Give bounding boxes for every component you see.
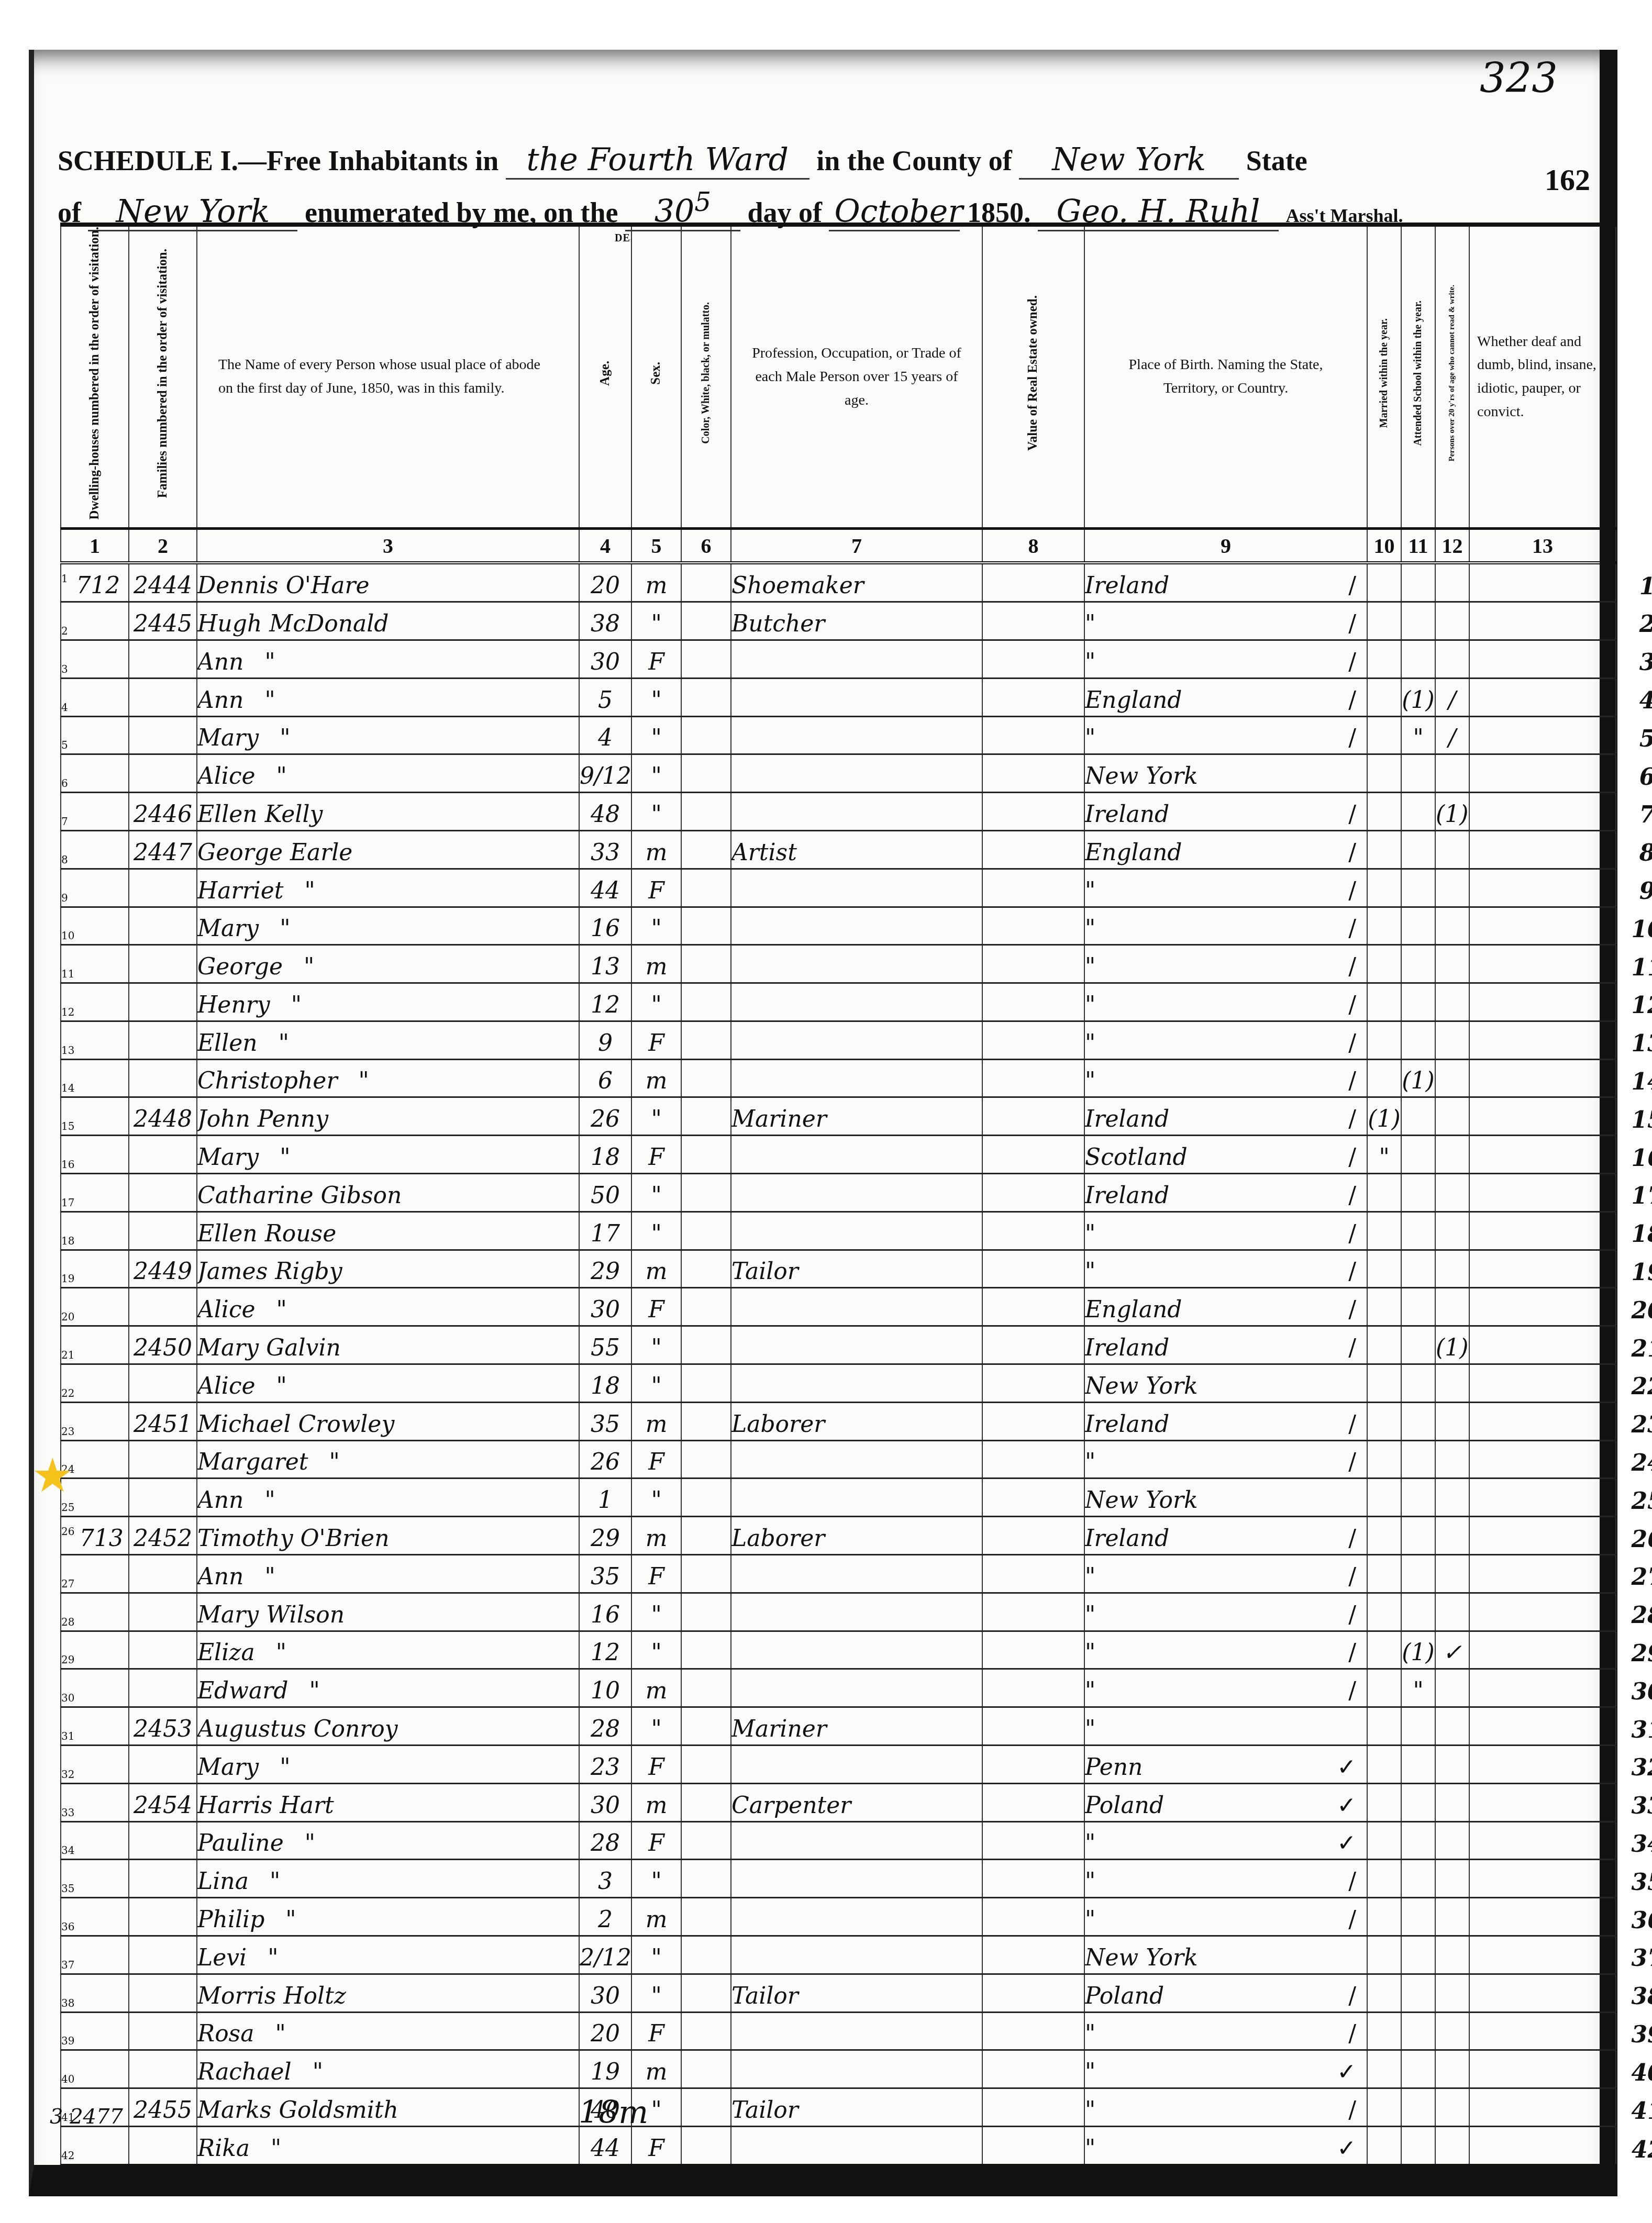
birthplace: England/ (1084, 678, 1367, 716)
family-number (129, 1974, 197, 2012)
family-number (129, 1860, 197, 1898)
real-estate-value (982, 869, 1084, 907)
person-name: Margaret" (197, 1440, 579, 1479)
attended-school (1401, 1860, 1435, 1898)
married-within-year (1367, 678, 1401, 716)
table-row: 4Ann"5"England/(1)/4 (61, 678, 1652, 716)
birthplace: Scotland/ (1084, 1136, 1367, 1174)
line-number: 5 (1616, 716, 1652, 754)
family-number (129, 907, 197, 945)
cannot-read-write (1435, 1059, 1469, 1097)
line-margin-number: 11 (61, 968, 74, 980)
person-name: James Rigby (197, 1250, 579, 1288)
real-estate-value (982, 678, 1084, 716)
birthplace: "/ (1084, 640, 1367, 678)
occupation: Mariner (731, 1707, 982, 1746)
tally-tick: / (1348, 915, 1356, 942)
infirmity (1469, 2088, 1616, 2127)
family-number: 2455 (129, 2088, 197, 2127)
line-margin-number: 42 (61, 2149, 74, 2162)
line-number: 16 (1616, 1136, 1652, 1174)
tally-tick: / (1348, 953, 1356, 980)
cannot-read-write (1435, 563, 1469, 602)
occupation (731, 1059, 982, 1097)
col-header-occupation: Profession, Occupation, or Trade of each… (731, 225, 982, 529)
infirmity (1469, 640, 1616, 678)
infirmity (1469, 1059, 1616, 1097)
married-within-year: " (1367, 1136, 1401, 1174)
tally-tick: / (1348, 1677, 1356, 1704)
sex: F (631, 869, 681, 907)
occupation: Butcher (731, 602, 982, 640)
attended-school (1401, 1707, 1435, 1746)
surname-ditto: " (264, 1487, 275, 1514)
table-row: 27Ann"35F"/27 (61, 1555, 1652, 1593)
color (681, 1974, 731, 2012)
color (681, 1707, 731, 1746)
sex: m (631, 945, 681, 983)
table-row: 24Margaret"26F"/24 (61, 1440, 1652, 1479)
family-number: 2454 (129, 1783, 197, 1821)
attended-school (1401, 907, 1435, 945)
married-within-year (1367, 1517, 1401, 1555)
line-number: 21 (1616, 1326, 1652, 1364)
line-margin-number: 12 (61, 1006, 74, 1018)
col-header-name: The Name of every Person whose usual pla… (197, 225, 579, 529)
sex: " (631, 1593, 681, 1631)
infirmity (1469, 2050, 1616, 2088)
family-number (129, 945, 197, 983)
line-number: 18 (1616, 1211, 1652, 1250)
birthplace: "/ (1084, 1059, 1367, 1097)
cannot-read-write (1435, 1136, 1469, 1174)
age: 30 (579, 1783, 631, 1821)
birthplace: "/ (1084, 1250, 1367, 1288)
sex: " (631, 1974, 681, 2012)
tally-tick: / (1348, 1144, 1356, 1171)
cannot-read-write: / (1435, 716, 1469, 754)
footer-tally-note: 18m (579, 2094, 648, 2131)
sex: F (631, 1821, 681, 1860)
attended-school (1401, 754, 1435, 793)
infirmity (1469, 907, 1616, 945)
occupation (731, 1898, 982, 1936)
person-name: Lina" (197, 1860, 579, 1898)
birthplace: "/ (1084, 1898, 1367, 1936)
cannot-read-write: (1)✓ (1435, 793, 1469, 831)
schedule-label: SCHEDULE I.—Free Inhabitants in (58, 145, 498, 176)
cannot-read-write (1435, 1821, 1469, 1860)
age: 23 (579, 1746, 631, 1784)
family-number: 2445 (129, 602, 197, 640)
cannot-read-write (1435, 869, 1469, 907)
attended-school (1401, 1211, 1435, 1250)
infirmity (1469, 1783, 1616, 1821)
person-name: Mary Galvin (197, 1326, 579, 1364)
sex: m (631, 1669, 681, 1707)
color (681, 983, 731, 1021)
table-row: 152448John Penny26"MarinerIreland/(1)15 (61, 1097, 1652, 1136)
married-within-year (1367, 869, 1401, 907)
tally-tick: / (1348, 1602, 1356, 1628)
color (681, 1288, 731, 1326)
attended-school (1401, 563, 1435, 602)
dwelling-number: 39 (61, 2012, 129, 2050)
age: 10 (579, 1669, 631, 1707)
col-header-school: Attended School within the year. (1401, 225, 1435, 529)
married-within-year (1367, 716, 1401, 754)
sex: F (631, 1021, 681, 1059)
dwelling-number: 27 (61, 1555, 129, 1593)
person-name: Timothy O'Brien (197, 1517, 579, 1555)
tally-tick: / (1348, 992, 1356, 1018)
birthplace: "/ (1084, 1555, 1367, 1593)
line-number: 22 (1616, 1364, 1652, 1403)
occupation (731, 678, 982, 716)
sex: m (631, 1783, 681, 1821)
attended-school: " (1401, 1669, 1435, 1707)
cannot-read-write (1435, 1936, 1469, 1974)
occupation (731, 1631, 982, 1669)
age: 12 (579, 1631, 631, 1669)
sex: " (631, 1326, 681, 1364)
attended-school (1401, 869, 1435, 907)
infirmity (1469, 1936, 1616, 1974)
table-row: 267132452Timothy O'Brien29mLaborerIrelan… (61, 1517, 1652, 1555)
sex: m (631, 2050, 681, 2088)
family-number (129, 1364, 197, 1403)
dwelling-number: 16 (61, 1136, 129, 1174)
col-header-age: DESCRIPTION.Age. (579, 225, 631, 529)
real-estate-value (982, 1211, 1084, 1250)
dwelling-number: 13 (61, 1021, 129, 1059)
cannot-read-write (1435, 1783, 1469, 1821)
sex: " (631, 1097, 681, 1136)
occupation (731, 1211, 982, 1250)
sex: " (631, 1364, 681, 1403)
occupation (731, 1669, 982, 1707)
line-number: 39 (1616, 2012, 1652, 2050)
sex: F (631, 1440, 681, 1479)
line-number: 6 (1616, 754, 1652, 793)
birthplace: England/ (1084, 830, 1367, 869)
col-num: 5 (631, 529, 681, 563)
infirmity (1469, 1021, 1616, 1059)
real-estate-value (982, 2012, 1084, 2050)
table-row: 29Eliza"12""/(1)✓29 (61, 1631, 1652, 1669)
line-number: 17 (1616, 1174, 1652, 1212)
color (681, 1211, 731, 1250)
surname-ditto: " (358, 1068, 369, 1094)
birthplace: "✓ (1084, 1821, 1367, 1860)
birthplace: "/ (1084, 716, 1367, 754)
table-row: 32Mary"23FPenn✓32 (61, 1746, 1652, 1784)
attended-school (1401, 1364, 1435, 1403)
age: 35 (579, 1555, 631, 1593)
married-within-year (1367, 1479, 1401, 1517)
attended-school (1401, 1746, 1435, 1784)
attended-school (1401, 1821, 1435, 1860)
surname-ditto: " (313, 2059, 323, 2085)
infirmity (1469, 754, 1616, 793)
col-header-birthplace: Place of Birth. Naming the State, Territ… (1084, 225, 1367, 529)
family-number (129, 1174, 197, 1212)
age: 20 (579, 563, 631, 602)
dwelling-number: 8 (61, 830, 129, 869)
dwelling-number: 7 (61, 793, 129, 831)
person-name: Morris Holtz (197, 1974, 579, 2012)
married-within-year (1367, 1326, 1401, 1364)
married-within-year (1367, 1898, 1401, 1936)
birthplace: "/ (1084, 1669, 1367, 1707)
person-name: Ann" (197, 1555, 579, 1593)
person-name: Michael Crowley (197, 1402, 579, 1440)
description-group-label: DESCRIPTION. (580, 230, 631, 247)
dwelling-number: 38 (61, 1974, 129, 2012)
occupation (731, 983, 982, 1021)
surname-ditto: " (279, 1030, 289, 1057)
color (681, 1097, 731, 1136)
birthplace: "/ (1084, 1211, 1367, 1250)
age: 2 (579, 1898, 631, 1936)
col-header-cannot-read: Persons over 20 y'rs of age who cannot r… (1435, 225, 1469, 529)
age: 16 (579, 1593, 631, 1631)
line-margin-number: 23 (61, 1425, 74, 1438)
dwelling-number: 40 (61, 2050, 129, 2088)
occupation: Shoemaker (731, 563, 982, 602)
infirmity (1469, 563, 1616, 602)
tally-tick: / (1348, 1411, 1356, 1438)
line-number: 15 (1616, 1097, 1652, 1136)
birthplace: New York (1084, 754, 1367, 793)
infirmity (1469, 1097, 1616, 1136)
col-num: 9 (1084, 529, 1367, 563)
birthplace: "/ (1084, 602, 1367, 640)
married-within-year (1367, 1631, 1401, 1669)
real-estate-value (982, 1479, 1084, 1517)
cannot-read-write (1435, 2050, 1469, 2088)
line-margin-number: 32 (61, 1768, 74, 1781)
cannot-read-write (1435, 1021, 1469, 1059)
line-margin-number: 30 (61, 1692, 74, 1704)
dwelling-number: 18 (61, 1211, 129, 1250)
col-header-real-estate: Value of Real Estate owned. (982, 225, 1084, 529)
birthplace: New York (1084, 1936, 1367, 1974)
attended-school (1401, 2127, 1435, 2165)
line-number: 37 (1616, 1936, 1652, 1974)
person-name: Edward" (197, 1669, 579, 1707)
sex: " (631, 602, 681, 640)
line-number: 38 (1616, 1974, 1652, 2012)
line-number: 33 (1616, 1783, 1652, 1821)
table-row: 22Alice"18"New York22 (61, 1364, 1652, 1403)
family-number (129, 1555, 197, 1593)
color (681, 793, 731, 831)
col-num: 4 (579, 529, 631, 563)
family-number: 2444 (129, 563, 197, 602)
infirmity (1469, 1250, 1616, 1288)
age: 16 (579, 907, 631, 945)
line-number: 2 (1616, 602, 1652, 640)
line-margin-number: 7 (61, 815, 68, 828)
line-margin-number: 1 (61, 572, 68, 585)
infirmity (1469, 1746, 1616, 1784)
person-name: Philip" (197, 1898, 579, 1936)
surname-ditto: " (305, 1830, 315, 1857)
surname-ditto: " (329, 1449, 339, 1475)
person-name: Alice" (197, 754, 579, 793)
line-number: 7 (1616, 793, 1652, 831)
real-estate-value (982, 793, 1084, 831)
col-num: 3 (197, 529, 579, 563)
birthplace: "/ (1084, 2088, 1367, 2127)
married-within-year: (1) (1367, 1097, 1401, 1136)
real-estate-value (982, 907, 1084, 945)
infirmity (1469, 830, 1616, 869)
infirmity (1469, 716, 1616, 754)
married-within-year (1367, 1555, 1401, 1593)
cannot-read-write (1435, 602, 1469, 640)
occupation: Tailor (731, 2088, 982, 2127)
sex: " (631, 1211, 681, 1250)
sex: F (631, 1288, 681, 1326)
sex: " (631, 678, 681, 716)
married-within-year (1367, 1593, 1401, 1631)
attended-school (1401, 1440, 1435, 1479)
dwelling-number: 23 (61, 1402, 129, 1440)
occupation (731, 1174, 982, 1212)
infirmity (1469, 1440, 1616, 1479)
occupation (731, 2050, 982, 2088)
line-number: 25 (1616, 1479, 1652, 1517)
surname-ditto: " (280, 1754, 290, 1781)
infirmity (1469, 1707, 1616, 1746)
real-estate-value (982, 1174, 1084, 1212)
family-number (129, 1059, 197, 1097)
line-number: 28 (1616, 1593, 1652, 1631)
tally-tick: / (1348, 1639, 1356, 1666)
occupation: Laborer (731, 1402, 982, 1440)
table-row: 11George"13m"/11 (61, 945, 1652, 983)
tally-tick: / (1348, 649, 1356, 675)
real-estate-value (982, 1402, 1084, 1440)
line-margin-number: 21 (61, 1349, 74, 1361)
real-estate-value (982, 1707, 1084, 1746)
line-number: 41 (1616, 2088, 1652, 2127)
person-name: Mary" (197, 716, 579, 754)
line-margin-number: 25 (61, 1501, 74, 1514)
cannot-read-write (1435, 1974, 1469, 2012)
age: 44 (579, 2127, 631, 2165)
cannot-read-write: / (1435, 678, 1469, 716)
table-row: 37Levi"2/12"New York37 (61, 1936, 1652, 1974)
attended-school (1401, 1783, 1435, 1821)
attended-school (1401, 1517, 1435, 1555)
dwelling-number: 15 (61, 1097, 129, 1136)
sex: F (631, 640, 681, 678)
line-number: 29 (1616, 1631, 1652, 1669)
tally-tick: / (1348, 1563, 1356, 1590)
real-estate-value (982, 1136, 1084, 1174)
col-header-infirmity: Whether deaf and dumb, blind, insane, id… (1469, 225, 1616, 529)
table-row: 18Ellen Rouse17""/18 (61, 1211, 1652, 1250)
sex: m (631, 563, 681, 602)
dwelling-number: 35 (61, 1860, 129, 1898)
census-rows: 17122444Dennis O'Hare20mShoemakerIreland… (61, 563, 1652, 2165)
sheet-number: 162 (1545, 162, 1590, 197)
birthplace: "/ (1084, 869, 1367, 907)
family-number (129, 2127, 197, 2165)
attended-school (1401, 2088, 1435, 2127)
attended-school (1401, 1326, 1435, 1364)
col-num: 2 (129, 529, 197, 563)
infirmity (1469, 793, 1616, 831)
age: 3 (579, 1860, 631, 1898)
person-name: Ellen Rouse (197, 1211, 579, 1250)
cannot-read-write (1435, 1746, 1469, 1784)
infirmity (1469, 1326, 1616, 1364)
infirmity (1469, 1211, 1616, 1250)
married-within-year (1367, 1250, 1401, 1288)
tally-tick: / (1348, 2097, 1356, 2124)
occupation (731, 907, 982, 945)
cannot-read-write (1435, 1898, 1469, 1936)
line-margin-number: 39 (61, 2035, 74, 2047)
married-within-year (1367, 1746, 1401, 1784)
col-header-married: Married within the year. (1367, 225, 1401, 529)
color (681, 2127, 731, 2165)
table-row: 17Catharine Gibson50"Ireland/17 (61, 1174, 1652, 1212)
line-number: 4 (1616, 678, 1652, 716)
birthplace: Ireland/ (1084, 563, 1367, 602)
occupation (731, 1860, 982, 1898)
col-header-sex: Sex. (631, 225, 681, 529)
occupation (731, 1555, 982, 1593)
married-within-year (1367, 2012, 1401, 2050)
infirmity (1469, 1821, 1616, 1860)
family-number (129, 1021, 197, 1059)
occupation (731, 1136, 982, 1174)
infirmity (1469, 678, 1616, 716)
line-margin-number: 31 (61, 1730, 74, 1742)
family-number (129, 1631, 197, 1669)
dwelling-number: 10 (61, 907, 129, 945)
line-number: 13 (1616, 1021, 1652, 1059)
table-row: 10Mary"16""/10 (61, 907, 1652, 945)
attended-school (1401, 602, 1435, 640)
occupation (731, 1936, 982, 1974)
infirmity (1469, 602, 1616, 640)
dwelling-number: 4 (61, 678, 129, 716)
family-number: 2453 (129, 1707, 197, 1746)
age: 17 (579, 1211, 631, 1250)
person-name: Henry" (197, 983, 579, 1021)
color (681, 640, 731, 678)
line-margin-number: 26 (61, 1525, 74, 1538)
color (681, 1631, 731, 1669)
tally-tick: / (1348, 877, 1356, 904)
line-number: 31 (1616, 1707, 1652, 1746)
cannot-read-write (1435, 2127, 1469, 2165)
tally-tick: / (1348, 1525, 1356, 1552)
color (681, 1936, 731, 1974)
line-number: 40 (1616, 2050, 1652, 2088)
dwelling-number: 5 (61, 716, 129, 754)
birthplace: Ireland/ (1084, 1326, 1367, 1364)
occupation: Carpenter (731, 1783, 982, 1821)
infirmity (1469, 1593, 1616, 1631)
surname-ditto: " (271, 2135, 281, 2162)
